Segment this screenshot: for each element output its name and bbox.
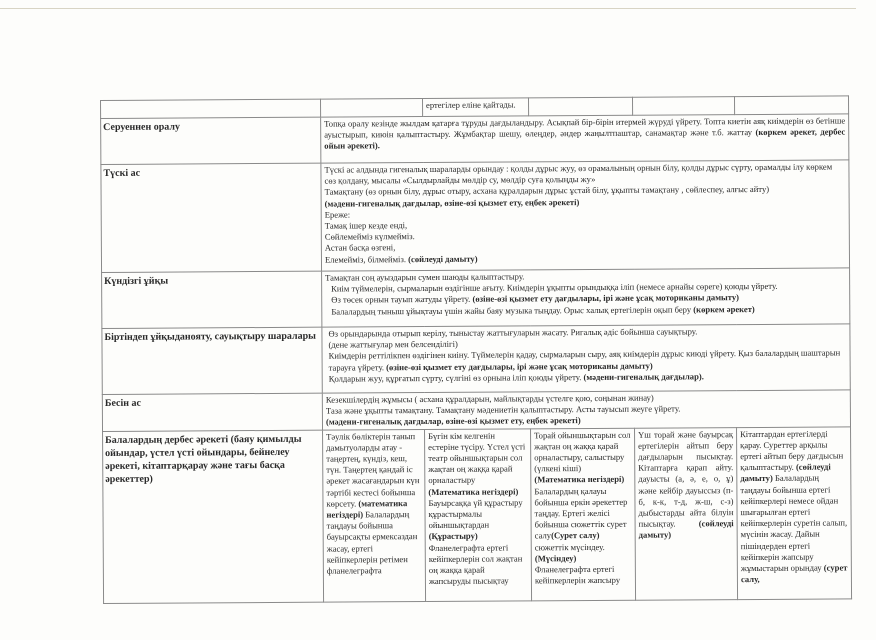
row-content: Топқа оралу кезінде жылдам қатарға тұруд… xyxy=(321,114,849,163)
content-bold: (мәдени-гигеналық дағдылар). xyxy=(583,371,703,382)
activity-bold: (Математика негіздері) xyxy=(428,486,518,497)
row-content: Түскі ас алдында гигеналық шараларды оры… xyxy=(321,160,850,271)
cell-continuation-text: ертегілер еліне қайтады. xyxy=(422,98,528,117)
content-line: Кезекшілердің жұмысы ( асхана құралдарын… xyxy=(326,393,654,405)
scan-edge-line xyxy=(0,8,856,9)
cell-empty xyxy=(632,97,734,116)
content-line: Түскі ас алдында гигеналық шараларды оры… xyxy=(324,161,845,187)
table-row: Серуеннен оралу Топқа оралу кезінде жылд… xyxy=(101,114,849,165)
content-line: Өз төсек орнын тауып жатуды үйрету. xyxy=(331,294,472,305)
daily-schedule-table: ертегілер еліне қайтады. Серуеннен оралу… xyxy=(100,95,852,603)
cell-empty xyxy=(528,97,632,116)
row-label-afternoon-snack: Бесін ас xyxy=(102,393,322,431)
content-bold: (көркем әрекет) xyxy=(693,304,755,314)
cell-empty xyxy=(734,96,848,115)
table-row: Біртіндеп ұйқыданояту, сауықтыру шаралар… xyxy=(102,324,850,395)
row-label-nap: Күндізгі ұйқы xyxy=(102,271,322,328)
row-label-wake-up: Біртіндеп ұйқыданояту, сауықтыру шаралар… xyxy=(102,327,322,394)
content-bold: (өзіне-өзі қызмет ету дағдылары, ірі жән… xyxy=(386,360,653,372)
content-line: Таза және ұқыпты тамақтану. Тамақтану мә… xyxy=(326,404,681,416)
table-row: Күндізгі ұйқы Тамақтан соң ауыздарын сум… xyxy=(102,268,850,329)
activity-text: Торай ойыншықтарын сол жақтан оң жаққа қ… xyxy=(534,429,630,473)
cell-empty xyxy=(101,99,321,118)
row-content: Өз орындарында отырып керілу, тыныстау ж… xyxy=(322,324,850,393)
activity-text: Бауырсаққа үй құрастыру құрастырмалы ойы… xyxy=(428,497,522,530)
day-cell-5: Кітаптардан ертегілерді қарау. Суреттер … xyxy=(737,427,852,600)
row-label-return-from-walk: Серуеннен оралу xyxy=(101,117,321,164)
activity-text: Балалардың таңдауы бойынша ертегі кейіпк… xyxy=(740,473,847,573)
activity-bold: (Математика негіздері) xyxy=(534,474,624,485)
row-content: Кезекшілердің жұмысы ( асхана құралдарын… xyxy=(322,390,850,430)
content-line: Қолдарын жуу, құрғатып сүрту, сүлгіні өз… xyxy=(329,372,584,384)
content-bold: (өзіне-өзі қызмет ету дағдылары, ірі жән… xyxy=(472,293,739,305)
day-cell-1: Тәулік бөліктерін танып дамытуоларды ата… xyxy=(323,429,426,602)
content-line: (дене жаттығулар мен белсенділігі) xyxy=(328,339,457,350)
row-content: Тамақтан соң ауыздарын сумен шаюды қалып… xyxy=(322,268,850,327)
activity-bold: (Мүсіндеу) xyxy=(535,553,577,563)
row-label-lunch: Түскі ас xyxy=(101,163,322,272)
activity-text: Фланелеграфта ертегі кейіпкерлерін сол ж… xyxy=(429,542,523,586)
rule-bold: (сөйлеуді дамыту) xyxy=(408,253,478,263)
activity-text: Тәулік бөліктерін танып дамытуоларды ата… xyxy=(326,431,419,509)
day-cell-3: Торай ойыншықтарын сол жақтан оң жаққа қ… xyxy=(531,428,636,601)
day-cell-4: Үш торай және бауырсақ ертегілерін айтып… xyxy=(635,427,738,600)
row-label-independent-activity: Балалардың дербес әрекеті (баяу қимылды … xyxy=(103,430,324,603)
activity-text: Бүгін кім келгенін естеріне түсіру. Үсте… xyxy=(428,430,525,485)
table-row: Түскі ас Түскі ас алдында гигеналық шара… xyxy=(101,160,850,273)
activity-text: Үш торай және бауырсақ ертегілерін айтып… xyxy=(638,429,734,529)
activity-bold: (Құрастыру) xyxy=(429,531,478,541)
content-line: Тамақтан соң ауыздарын сумен шаюды қалып… xyxy=(325,271,524,282)
table-row: Бесін ас Кезекшілердің жұмысы ( асхана қ… xyxy=(102,390,850,431)
content-bold: (мәдени-гигеналық дағдылар, өзіне-өзі қы… xyxy=(326,415,581,427)
activity-bold: (Сурет салу) xyxy=(551,530,599,540)
content-line: Өз орындарында отырып керілу, тыныстау ж… xyxy=(328,326,697,338)
table-row-activities: Балалардың дербес әрекеті (баяу қимылды … xyxy=(103,427,852,604)
activity-text: сюжеттік мүсіндеу. xyxy=(535,542,605,552)
schedule-page: ертегілер еліне қайтады. Серуеннен оралу… xyxy=(100,95,851,603)
rule-line: Елемейміз, білмейміз. xyxy=(325,254,408,265)
day-cell-2: Бүгін кім келгенін естеріне түсіру. Үсте… xyxy=(425,428,532,601)
cell-empty xyxy=(320,99,422,118)
content-line: Балалардың тыныш ұйықтауы үшін жайы баяу… xyxy=(331,304,693,316)
activity-text: Фланелеграфта ертегі кейіпкерлерін жапсы… xyxy=(535,564,620,586)
